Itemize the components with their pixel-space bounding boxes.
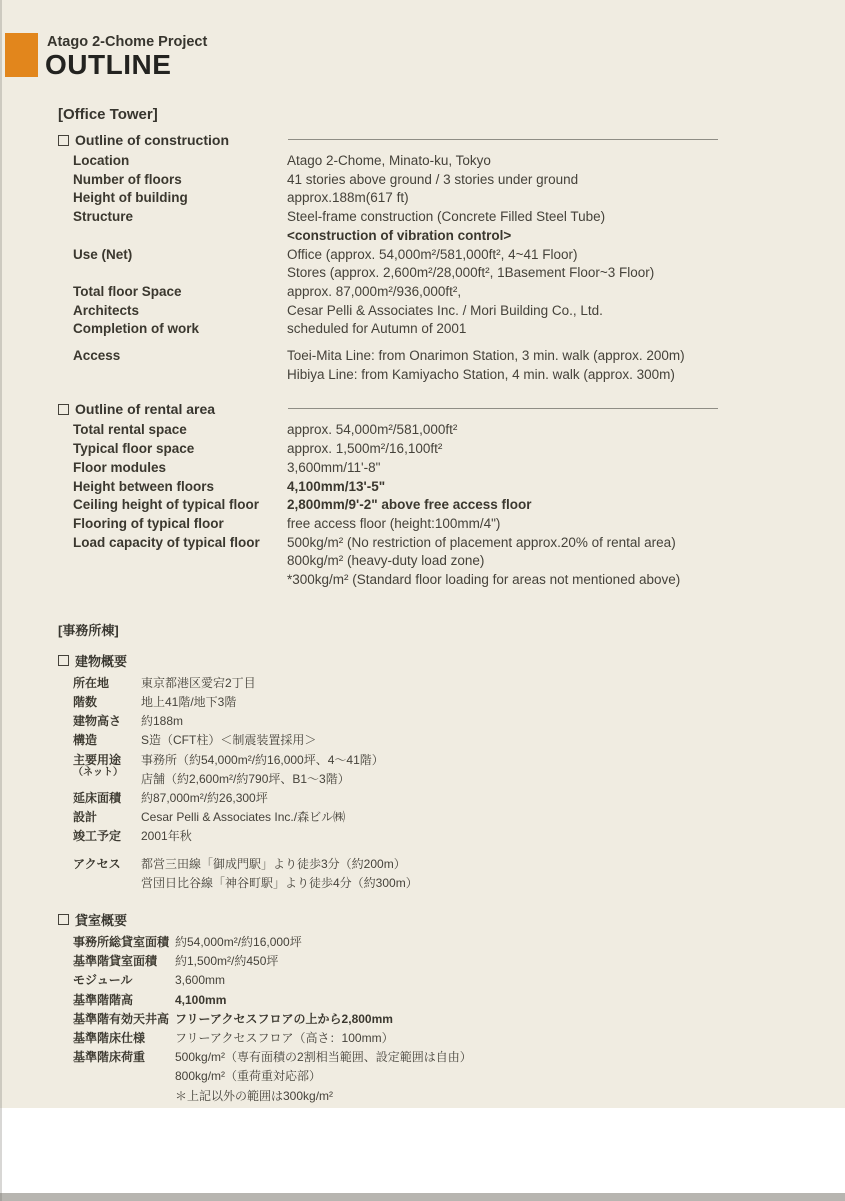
spec-label: アクセス [73, 855, 141, 893]
spec-value-line: ＊上記以外の範囲は300kg/m² [175, 1087, 790, 1106]
rental-area-section: Outline of rental area Total rental spac… [58, 401, 790, 589]
spec-value: Cesar Pelli & Associates Inc./森ビル㈱ [141, 808, 790, 827]
office-tower-heading: [Office Tower] [58, 106, 790, 123]
jp-building-rows: 所在地東京都港区愛宕2丁目階数地上41階/地下3階建物高さ約188m構造S造（C… [58, 674, 790, 893]
scan-edge-left [0, 0, 2, 1201]
spec-value-line: <construction of vibration control> [287, 227, 790, 246]
spec-value: 約87,000m²/約26,300坪 [141, 789, 790, 808]
spec-value-line: scheduled for Autumn of 2001 [287, 320, 790, 339]
spec-label: Height of building [73, 189, 287, 208]
project-name: Atago 2-Chome Project [47, 34, 207, 50]
spec-value-line: Stores (approx. 2,600m²/28,000ft², 1Base… [287, 264, 790, 283]
spec-value-line: 営団日比谷線「神谷町駅」より徒歩4分（約300m） [141, 874, 790, 893]
spec-value-line: 500kg/m² (No restriction of placement ap… [287, 534, 790, 553]
spec-row: LocationAtago 2-Chome, Minato-ku, Tokyo [73, 152, 790, 171]
spec-value-line: Cesar Pelli & Associates Inc. / Mori Bui… [287, 302, 790, 321]
spec-row: 基準階階高4,100mm [73, 991, 790, 1010]
spec-row: 竣工予定2001年秋 [73, 827, 790, 846]
spec-value: 3,600mm [175, 971, 790, 990]
spec-value-line: free access floor (height:100mm/4") [287, 515, 790, 534]
spec-value-line: Steel-frame construction (Concrete Fille… [287, 208, 790, 227]
spec-label: 基準階階高 [73, 991, 175, 1010]
spec-row: Typical floor spaceapprox. 1,500m²/16,10… [73, 440, 790, 459]
spec-label: Total floor Space [73, 283, 287, 302]
spec-value-line: Atago 2-Chome, Minato-ku, Tokyo [287, 152, 790, 171]
page-bottom-margin [0, 1108, 845, 1193]
spec-value: free access floor (height:100mm/4") [287, 515, 790, 534]
spec-label: 事務所総貸室面積 [73, 933, 175, 952]
spec-value: Office (approx. 54,000m²/581,000ft², 4~4… [287, 246, 790, 283]
spec-value: 地上41階/地下3階 [141, 693, 790, 712]
spec-row: Total rental spaceapprox. 54,000m²/581,0… [73, 421, 790, 440]
spec-row: StructureSteel-frame construction (Concr… [73, 208, 790, 245]
spec-label: 構造 [73, 731, 141, 750]
spec-row: Floor modules3,600mm/11'-8" [73, 459, 790, 478]
jp-office-building-heading: [事務所棟] [58, 620, 790, 639]
spec-value-line: フリーアクセスフロア（高さ：100mm） [175, 1029, 790, 1048]
spec-value-line: 800kg/m² (heavy-duty load zone) [287, 552, 790, 571]
spec-label: 所在地 [73, 674, 141, 693]
spec-value-line: Office (approx. 54,000m²/581,000ft², 4~4… [287, 246, 790, 265]
spec-label: 基準階貸室面積 [73, 952, 175, 971]
spec-label: 竣工予定 [73, 827, 141, 846]
spec-value: 東京都港区愛宕2丁目 [141, 674, 790, 693]
page-content: [Office Tower] Outline of construction L… [58, 106, 790, 1106]
spec-value-line: Hibiya Line: from Kamiyacho Station, 4 m… [287, 366, 790, 385]
spec-row: 主要用途（ネット）事務所（約54,000m²/約16,000坪、4～41階）店舗… [73, 751, 790, 789]
spec-value-line: 41 stories above ground / 3 stories unde… [287, 171, 790, 190]
spec-value-line: 800kg/m²（重荷重対応部） [175, 1067, 790, 1086]
rental-section-heading: Outline of rental area [58, 401, 790, 417]
jp-building-section-heading: 建物概要 [58, 651, 790, 670]
spec-label: 建物高さ [73, 712, 141, 731]
spec-value-line: 約188m [141, 712, 790, 731]
spec-value: Steel-frame construction (Concrete Fille… [287, 208, 790, 245]
spec-value-line: *300kg/m² (Standard floor loading for ar… [287, 571, 790, 590]
spec-value-line: フリーアクセスフロアの上から2,800mm [175, 1010, 790, 1029]
section-divider-line [288, 408, 718, 409]
spec-label: Number of floors [73, 171, 287, 190]
spec-label: Completion of work [73, 320, 287, 339]
spec-value: 4,100mm/13'-5" [287, 478, 790, 497]
spec-label: 設計 [73, 808, 141, 827]
spec-value: approx. 1,500m²/16,100ft² [287, 440, 790, 459]
spec-value-line: approx. 87,000m²/936,000ft², [287, 283, 790, 302]
checkbox-icon [58, 655, 69, 666]
spec-value: approx. 87,000m²/936,000ft², [287, 283, 790, 302]
spec-row: アクセス都営三田線「御成門駅」より徒歩3分（約200m）営団日比谷線「神谷町駅」… [73, 855, 790, 893]
spec-row: 建物高さ約188m [73, 712, 790, 731]
jp-rental-rows: 事務所総貸室面積約54,000m²/約16,000坪基準階貸室面積約1,500m… [58, 933, 790, 1106]
spec-value-line: 都営三田線「御成門駅」より徒歩3分（約200m） [141, 855, 790, 874]
spec-value: 4,100mm [175, 991, 790, 1010]
spec-row: Total floor Spaceapprox. 87,000m²/936,00… [73, 283, 790, 302]
spec-row: 事務所総貸室面積約54,000m²/約16,000坪 [73, 933, 790, 952]
spec-row: 基準階床荷重500kg/m²（専有面積の2割相当範囲、設定範囲は自由）800kg… [73, 1048, 790, 1106]
spec-row: 所在地東京都港区愛宕2丁目 [73, 674, 790, 693]
spec-label-sub: （ネット） [73, 768, 141, 778]
spec-value-line: approx. 54,000m²/581,000ft² [287, 421, 790, 440]
spec-value: 500kg/m²（専有面積の2割相当範囲、設定範囲は自由）800kg/m²（重荷… [175, 1048, 790, 1106]
spec-row: 階数地上41階/地下3階 [73, 693, 790, 712]
spec-value-line: Cesar Pelli & Associates Inc./森ビル㈱ [141, 808, 790, 827]
spec-value: 約54,000m²/約16,000坪 [175, 933, 790, 952]
spec-value: 約188m [141, 712, 790, 731]
construction-section: Outline of construction LocationAtago 2-… [58, 132, 790, 384]
spec-value-line: 4,100mm/13'-5" [287, 478, 790, 497]
spec-label: Flooring of typical floor [73, 515, 287, 534]
jp-building-outline-section: 建物概要 所在地東京都港区愛宕2丁目階数地上41階/地下3階建物高さ約188m構… [58, 651, 790, 893]
spec-label: Height between floors [73, 478, 287, 497]
spec-value: 約1,500m²/約450坪 [175, 952, 790, 971]
spec-value-line: 地上41階/地下3階 [141, 693, 790, 712]
section-heading-label: 建物概要 [75, 651, 127, 670]
spec-value-line: 店舗（約2,600m²/約790坪、B1～3階） [141, 770, 790, 789]
spec-value: 500kg/m² (No restriction of placement ap… [287, 534, 790, 590]
checkbox-icon [58, 914, 69, 925]
spec-label: 延床面積 [73, 789, 141, 808]
spec-value-line: 約87,000m²/約26,300坪 [141, 789, 790, 808]
spec-value-line: approx.188m(617 ft) [287, 189, 790, 208]
spec-value: 事務所（約54,000m²/約16,000坪、4～41階）店舗（約2,600m²… [141, 751, 790, 789]
spec-value: 2,800mm/9'-2" above free access floor [287, 496, 790, 515]
brand-orange-square [5, 33, 38, 77]
spec-value-line: 500kg/m²（専有面積の2割相当範囲、設定範囲は自由） [175, 1048, 790, 1067]
section-divider-line [288, 139, 718, 140]
spec-value: scheduled for Autumn of 2001 [287, 320, 790, 339]
spec-row: 構造S造（CFT柱）＜制震装置採用＞ [73, 731, 790, 750]
section-heading-label: 貸室概要 [75, 910, 127, 929]
spec-value-line: 3,600mm [175, 971, 790, 990]
spec-row: Flooring of typical floorfree access flo… [73, 515, 790, 534]
spec-label: Structure [73, 208, 287, 245]
spec-row: 延床面積約87,000m²/約26,300坪 [73, 789, 790, 808]
spec-row: Use (Net)Office (approx. 54,000m²/581,00… [73, 246, 790, 283]
construction-section-heading: Outline of construction [58, 132, 790, 148]
spec-value-line: approx. 1,500m²/16,100ft² [287, 440, 790, 459]
spec-value-line: 2001年秋 [141, 827, 790, 846]
section-heading-label: Outline of rental area [75, 401, 215, 417]
spec-label: Access [73, 347, 287, 384]
jp-rental-outline-section: 貸室概要 事務所総貸室面積約54,000m²/約16,000坪基準階貸室面積約1… [58, 910, 790, 1106]
spec-value: 都営三田線「御成門駅」より徒歩3分（約200m）営団日比谷線「神谷町駅」より徒歩… [141, 855, 790, 893]
spec-value-line: S造（CFT柱）＜制震装置採用＞ [141, 731, 790, 750]
spec-label: 基準階床仕様 [73, 1029, 175, 1048]
spec-value: Toei-Mita Line: from Onarimon Station, 3… [287, 347, 790, 384]
spec-value-line: 3,600mm/11'-8" [287, 459, 790, 478]
spec-label: Use (Net) [73, 246, 287, 283]
spec-value-line: 4,100mm [175, 991, 790, 1010]
spec-value: 41 stories above ground / 3 stories unde… [287, 171, 790, 190]
spec-row: Completion of workscheduled for Autumn o… [73, 320, 790, 339]
spec-label: 階数 [73, 693, 141, 712]
construction-rows: LocationAtago 2-Chome, Minato-ku, TokyoN… [58, 152, 790, 384]
spec-row: Number of floors41 stories above ground … [73, 171, 790, 190]
spec-value: 3,600mm/11'-8" [287, 459, 790, 478]
spec-row: Height between floors4,100mm/13'-5" [73, 478, 790, 497]
spec-row: ArchitectsCesar Pelli & Associates Inc. … [73, 302, 790, 321]
spec-row: Ceiling height of typical floor2,800mm/9… [73, 496, 790, 515]
spec-value-line: 約1,500m²/約450坪 [175, 952, 790, 971]
spec-row: 基準階床仕様フリーアクセスフロア（高さ：100mm） [73, 1029, 790, 1048]
spec-row: AccessToei-Mita Line: from Onarimon Stat… [73, 347, 790, 384]
spec-row: 基準階有効天井高フリーアクセスフロアの上から2,800mm [73, 1010, 790, 1029]
spec-label: 基準階有効天井高 [73, 1010, 175, 1029]
spec-value: approx. 54,000m²/581,000ft² [287, 421, 790, 440]
page-title: OUTLINE [45, 49, 171, 81]
spec-value: 2001年秋 [141, 827, 790, 846]
spec-row: Load capacity of typical floor500kg/m² (… [73, 534, 790, 590]
scan-edge-bottom [0, 1193, 845, 1201]
spec-row: 設計Cesar Pelli & Associates Inc./森ビル㈱ [73, 808, 790, 827]
spec-label: 基準階床荷重 [73, 1048, 175, 1106]
spec-label: Load capacity of typical floor [73, 534, 287, 590]
spec-row: モジュール3,600mm [73, 971, 790, 990]
spec-value-line: 2,800mm/9'-2" above free access floor [287, 496, 790, 515]
jp-rental-section-heading: 貸室概要 [58, 910, 790, 929]
spec-value: Cesar Pelli & Associates Inc. / Mori Bui… [287, 302, 790, 321]
spec-label: Typical floor space [73, 440, 287, 459]
rental-rows: Total rental spaceapprox. 54,000m²/581,0… [58, 421, 790, 589]
spec-row: 基準階貸室面積約1,500m²/約450坪 [73, 952, 790, 971]
spec-value-line: Toei-Mita Line: from Onarimon Station, 3… [287, 347, 790, 366]
spec-value: S造（CFT柱）＜制震装置採用＞ [141, 731, 790, 750]
spec-row: Height of buildingapprox.188m(617 ft) [73, 189, 790, 208]
spec-label: Total rental space [73, 421, 287, 440]
spec-label: 主要用途（ネット） [73, 751, 141, 789]
checkbox-icon [58, 404, 69, 415]
checkbox-icon [58, 135, 69, 146]
spec-value-line: 約54,000m²/約16,000坪 [175, 933, 790, 952]
spec-label: Ceiling height of typical floor [73, 496, 287, 515]
spec-value: フリーアクセスフロアの上から2,800mm [175, 1010, 790, 1029]
spec-label: Architects [73, 302, 287, 321]
spec-value: フリーアクセスフロア（高さ：100mm） [175, 1029, 790, 1048]
spec-value: Atago 2-Chome, Minato-ku, Tokyo [287, 152, 790, 171]
spec-value: approx.188m(617 ft) [287, 189, 790, 208]
section-heading-label: Outline of construction [75, 132, 229, 148]
spec-label: Floor modules [73, 459, 287, 478]
spec-value-line: 事務所（約54,000m²/約16,000坪、4～41階） [141, 751, 790, 770]
spec-label: Location [73, 152, 287, 171]
spec-value-line: 東京都港区愛宕2丁目 [141, 674, 790, 693]
spec-label: モジュール [73, 971, 175, 990]
